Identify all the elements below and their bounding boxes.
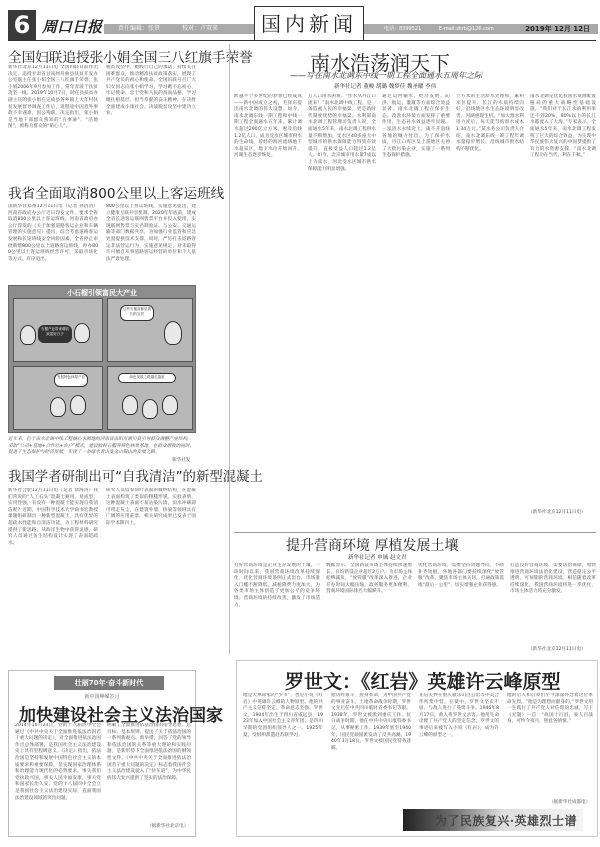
luo-shiwen-credit: （据新华社成都电）: [549, 799, 590, 805]
farmer-figure: [164, 321, 182, 345]
water-diversion-credit: （新华社北京12月11日电）: [528, 509, 586, 515]
phone: 电话：8399521: [384, 26, 421, 32]
cartoon-title: 小石榴引领富民大产业: [9, 288, 195, 298]
cartoon-panel-3: 发展特色林果产业: [13, 366, 103, 430]
editor-credit: 责任编辑：张贤: [118, 25, 160, 32]
masthead-info-bar-right: 电话：8399521 E-mail:zkrb@126.com 2019年 12月…: [364, 24, 598, 34]
article-subheadline-water-diversion: ——写在南水北调东中线一期工程全面通水五周年之际: [290, 70, 482, 81]
article-headline-women-honor: 全国妇联追授张小娟全国三八红旗手荣誉: [8, 46, 253, 66]
article-body-rule-of-law-col1: 2014年10月23日，党的十八届四中全会通过《中共中央关于全面推进依法治国若干…: [15, 723, 101, 827]
article-body-business-env-col1: 打好营商环境是企业生存发展的土壤。一段时间以来，我国营商环境改革持续深化，优化营…: [234, 563, 320, 655]
masthead-rule: [8, 40, 596, 41]
article-body-water-diversion-col5: 南水北调是优化我国水资源配置格局的重大战略性基础设施。“我们对于长江水的利用率还…: [530, 94, 596, 508]
article-body-business-env-col3: 优化营商环境，需要坚持问题导向，不断补齐短板。各地各部门要持续深化“放管服”改革…: [418, 563, 504, 655]
article-body-water-diversion-col2: 万人口用水困难。“作水从丹江口流来！”南水北调中线工程，是一条造福人民的幸福渠，…: [308, 94, 376, 534]
article-body-women-honor-col2: 脱贫攻坚中，她践行自己的承诺，持续关注困难群众，推动精准扶贫政策落实，展现了共产…: [106, 65, 196, 191]
article-headline-luo-shiwen: 罗世文：《红岩》英雄许云峰原型: [285, 667, 561, 694]
person-figure: [70, 395, 86, 415]
person-figure: [20, 325, 36, 345]
anniversary-banner-text: 壮丽70年·奋斗新时代: [75, 679, 143, 687]
article-body-water-diversion-col3: 通过运河输水，经济发展、防洪、航运、灌溉等方面综合效益显著。南水北调工程在保护生…: [382, 94, 450, 534]
business-env-credit: （新华社北京12月11日电）: [528, 646, 586, 652]
panel-2-speech-bubble: 这些石榴苗都是我们的宝贝: [120, 305, 154, 321]
article-body-water-diversion-col1: 跨越半个多世纪的梦想已经成真——新中国成立之初，毛泽东提出南水北调的伟大设想。如…: [234, 94, 302, 534]
rule-of-law-credit: （据新华社北京电）: [147, 823, 188, 829]
article-body-bus-routes-col1: 国新华社郑州12月11日电（记者 孙清清）河南省政府办公厅近日印发文件，要求全省…: [8, 204, 98, 276]
person-figure: [74, 323, 90, 343]
luo-shiwen-box: 罗世文：《红岩》英雄许云峰原型 他是大革命家的“少爷”，也是小说《红岩》中英雄许…: [236, 660, 598, 837]
article-body-luo-shiwen-col2: 他历经艰辛，投身革命，为中国共产党的事业奋斗。土地革命战争时期，罗世文先后任中共…: [331, 693, 411, 833]
person-figure: [142, 399, 158, 419]
article-body-luo-shiwen-col3: 先后关押在重庆歌乐山白公馆等中美合作所集中营。在狱中，罗世文坚贞不屈，与敌人进行…: [419, 693, 499, 805]
cartoon-panel-4: 绿色发展之路越走越宽: [107, 366, 193, 430]
panel-4-speech-bubble: 绿色发展之路越走越宽: [118, 373, 176, 383]
article-body-concrete-col2: 研究人员借鉴荷叶表面的微纳结构，在混凝土表面构筑了类似的粗糙形貌。实验表明，这种…: [106, 488, 196, 652]
article-body-luo-shiwen-col4: 他的后人和后辈们至今深深怀念着这位革命先烈。“他是为理想而献身的。”罗世文用一生…: [507, 693, 593, 797]
section-divider: [234, 532, 596, 533]
paper-name: 周口日报: [42, 16, 102, 37]
article-body-rule-of-law-col2: 明确了全面推进依法治国的指导思想、总目标、基本原则，提出了关于依法治国的一系列新…: [107, 723, 191, 821]
article-body-luo-shiwen-col1: 他是大革命家的“少爷”，也是小说《红岩》中英雄许云峰的人物原型。他的共产主义信仰…: [243, 693, 323, 833]
heroes-banner-text: 为了民族复兴·英雄烈士谱: [435, 812, 577, 829]
article-body-business-env-col4: 打造良好营商环境，需要法治保障，加快推进营商环境法治化建设，营造稳定公平透明、可…: [510, 563, 596, 645]
cartoon-credit: 新华社发: [172, 457, 190, 463]
anniversary-banner: 壮丽70年·奋斗新时代: [54, 676, 164, 690]
cartoon-panel-2: 这些石榴苗都是我们的宝贝: [107, 298, 193, 362]
column-divider: [229, 44, 230, 654]
article-headline-concrete: 我国学者研制出可“自我清洁”的新型混凝土: [8, 466, 263, 485]
person-figure: [122, 395, 138, 415]
panel-3-speech-bubble: 发展特色林果产业: [54, 373, 88, 387]
cartoon-panel-1: 石榴产业带来增收致富好日子: [13, 298, 103, 362]
person-figure: [162, 395, 178, 415]
masthead-info-bar-left: 责任编辑：张贤 校对：卢双来: [104, 24, 254, 34]
article-body-business-env-col2: 数据显示，全国新设市场主体持续快速增长，日均新设企业超过2万户。为市场主体松绑减…: [326, 563, 412, 655]
article-headline-bus-routes: 我省全面取消800公里以上客运班线: [8, 182, 224, 202]
cartoon-illustration: 小石榴引领富民大产业 石榴产业带来增收致富好日子 这些石榴苗都是我们的宝贝 发展…: [8, 285, 196, 433]
email: E-mail:zkrb@126.com: [439, 26, 494, 32]
heroes-banner: 为了民族复兴·英雄烈士谱: [403, 809, 583, 831]
masthead: 6 周口日报 责任编辑：张贤 校对：卢双来 国内新闻 电话：8399521 E-…: [8, 6, 598, 42]
person-figure: [50, 397, 66, 417]
section-title: 国内新闻: [254, 6, 364, 40]
cartoon-caption: 近年来，位于南水北调中线工程核心水源地的河南省南阳市淅川县引导群众调整产业结构，…: [8, 437, 196, 457]
anniversary-subtitle: 新中国峥嵘岁月: [9, 693, 195, 700]
rule-of-law-box: 壮丽70年·奋斗新时代 新中国峥嵘岁月 加快建设社会主义法治国家 2014年10…: [8, 670, 196, 837]
designer-credit: 校对：卢双来: [182, 25, 218, 32]
issue-date: 2019年 12月 12日: [525, 24, 590, 34]
article-body-water-diversion-col4: 立方米的生活原水处理和，累积水位提升，长江的水质持续向好，沿线地区水生态环境明显…: [456, 94, 524, 534]
page-number: 6: [8, 10, 36, 40]
article-body-women-honor-col1: 新华社北京12月11日电 全国妇联日前作出决定，追授甘肃省甘南州舟曲县扶贫开发办…: [8, 65, 98, 191]
article-body-concrete-col1: 新华社合肥12月11日电（记者 徐海涛）我们常说的“人工石头”混凝土耐用、易成型…: [8, 488, 98, 652]
article-byline-business-env: 新华社记者 申铖 赵文君: [348, 553, 407, 561]
article-body-bus-routes-col2: 800公里以上客运班线。实施意见提出，建立健康互联共享机制，2020年年底前，建…: [106, 204, 196, 276]
article-byline-water-diversion: 新华社记者 董峻 胡璐 魏梦佳 魏圣曜 李伟: [334, 82, 436, 90]
panel-1-sign: 石榴产业带来增收致富好日子: [38, 325, 72, 343]
article-headline-business-env: 提升营商环境 厚植发展土壤: [286, 535, 458, 555]
